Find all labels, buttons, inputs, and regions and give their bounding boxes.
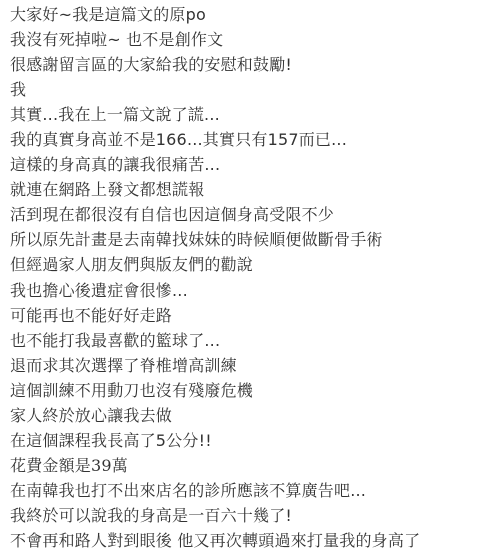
- post-line: 這樣的身高真的讓我很痛苦...: [10, 152, 473, 177]
- post-line: 也不能打我最喜歡的籃球了...: [10, 328, 473, 353]
- post-line-serif: 花費金額是39萬: [10, 453, 473, 478]
- post-line: 不會再和路人對到眼後 他又再次轉頭過來打量我的身高了: [10, 528, 473, 553]
- post-line: 我的真實身高並不是166...其實只有157而已...: [10, 127, 473, 152]
- post-line: 這個訓練不用動刀也沒有殘廢危機: [10, 378, 473, 403]
- post-body: 大家好~我是這篇文的原po 我沒有死掉啦~ 也不是創作文 很感謝留言區的大家給我…: [0, 0, 481, 553]
- post-line: 其實...我在上一篇文說了謊...: [10, 102, 473, 127]
- post-line: 但經過家人朋友們與版友們的勸說: [10, 252, 473, 277]
- post-line: 在這個課程我長高了5公分!!: [10, 428, 473, 453]
- post-line: 大家好~我是這篇文的原po: [10, 2, 473, 27]
- post-line: 我沒有死掉啦~ 也不是創作文: [10, 27, 473, 52]
- post-line: 可能再也不能好好走路: [10, 303, 473, 328]
- post-line: 在南韓我也打不出來店名的診所應該不算廣告吧...: [10, 478, 473, 503]
- post-line: 我終於可以說我的身高是一百六十幾了!: [10, 503, 473, 528]
- post-line: 活到現在都很沒有自信也因這個身高受限不少: [10, 202, 473, 227]
- post-line: 所以原先計畫是去南韓找妹妹的時候順便做斷骨手術: [10, 227, 473, 252]
- post-line: 很感謝留言區的大家給我的安慰和鼓勵!: [10, 52, 473, 77]
- post-line: 就連在網路上發文都想謊報: [10, 177, 473, 202]
- post-line: 我: [10, 77, 473, 102]
- post-line: 退而求其次選擇了脊椎增高訓練: [10, 353, 473, 378]
- post-line: 家人終於放心讓我去做: [10, 403, 473, 428]
- post-line: 我也擔心後遺症會很慘...: [10, 278, 473, 303]
